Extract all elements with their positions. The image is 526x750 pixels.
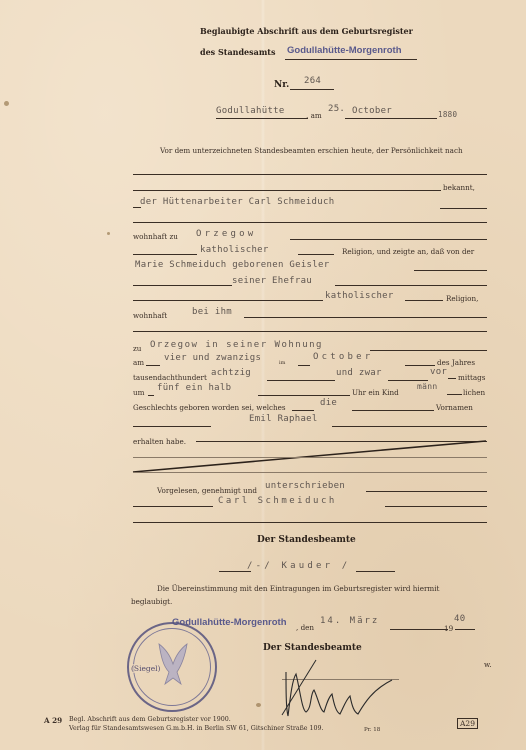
form-box-code: A29	[457, 718, 478, 729]
pr-code: Pr. 18	[364, 727, 380, 733]
signed-word: unterschrieben	[265, 481, 345, 491]
mother-residence: bei ihm	[192, 307, 232, 317]
mother-residence-label: wohnhaft	[133, 311, 167, 320]
child-gender: männ	[417, 382, 437, 391]
relation-text: seiner Ehefrau	[232, 276, 312, 286]
registry-office-stamp: Godullahütte-Morgenroth	[287, 45, 402, 56]
residence-label: wohnhaft zu	[133, 232, 178, 241]
eagle-icon	[151, 638, 195, 688]
given-names: Emil Raphael	[249, 414, 318, 424]
year-suffix: 40	[454, 614, 465, 624]
mother-religion-label: Religion,	[446, 294, 478, 303]
year-label: des Jahres	[437, 358, 475, 367]
form-code: A 29	[44, 716, 62, 725]
read-approved-text: Vorgelesen, genehmigt und	[157, 486, 257, 495]
vor-mittag: vor	[430, 367, 447, 377]
registration-year: 1880	[438, 110, 457, 119]
thousand-label: tausendachthundert	[133, 373, 207, 382]
article: die	[320, 398, 337, 408]
birth-month: October	[313, 352, 373, 362]
gender-text: Geschlechts geboren worden sei, welches	[133, 403, 286, 412]
intro-text: Vor dem unterzeichneten Standesbeamten e…	[160, 146, 463, 155]
birth-time: fünf ein halb	[157, 383, 231, 393]
um-label: um	[133, 388, 144, 397]
und-zwar: und zwar	[336, 368, 382, 378]
mother-name: Marie Schmeiduch geborenen Geisler	[135, 260, 329, 270]
den-label: , den	[296, 623, 314, 632]
w-mark: w.	[484, 660, 492, 669]
certification-text-2: beglaubigt.	[131, 597, 172, 606]
footer-line-2: Verlag für Standesamtswesen G.m.b.H. in …	[69, 725, 324, 732]
registration-month: October	[352, 106, 392, 116]
registration-place: Godullahütte	[216, 106, 285, 116]
number-label: Nr.	[274, 80, 289, 90]
birth-year-words: achtzig	[211, 368, 251, 378]
mother-religion: katholischer	[325, 291, 394, 301]
seal-label: (Siegel)	[131, 664, 160, 673]
im-label: im	[279, 360, 285, 366]
registry-office-label: des Standesamts	[200, 47, 275, 57]
birth-place-label: zu	[133, 344, 141, 353]
certification-text: Die Übereinstimmung mit den Eintragungen…	[157, 584, 439, 593]
declarant-signature: Carl Schmeiduch	[218, 496, 337, 506]
year-prefix: 19	[444, 624, 453, 633]
birth-day: vier und zwanzigs	[164, 353, 261, 363]
uhr-text: Uhr ein Kind	[352, 388, 399, 397]
register-number: 264	[304, 76, 321, 86]
am-label: , am	[306, 111, 322, 120]
mittags-label: mittags	[458, 373, 485, 382]
religion-text: Religion, und zeigte an, daß von der	[342, 247, 474, 256]
registration-day: 25.	[328, 104, 345, 114]
footer-line-1: Begl. Abschrift aus dem Geburtsregister …	[69, 716, 231, 723]
strike-through-line	[130, 436, 490, 476]
officer-title: Der Standesbeamte	[257, 535, 356, 545]
declarant-religion: katholischer	[200, 245, 269, 255]
declarant-name: der Hüttenarbeiter Carl Schmeiduch	[140, 197, 334, 207]
lichen-suffix: lichen	[463, 388, 485, 397]
officer-signature	[276, 650, 406, 720]
officer-name: /-/ Kauder /	[247, 561, 350, 571]
am-label-2: am	[133, 358, 144, 367]
document-heading: Beglaubigte Abschrift aus dem Geburtsreg…	[200, 26, 413, 36]
certification-date: 14. März	[320, 616, 379, 626]
birth-place: Orzegow in seiner Wohnung	[150, 340, 323, 350]
known-suffix: bekannt,	[443, 183, 475, 192]
vornamen-label: Vornamen	[436, 403, 473, 412]
declarant-residence: Orzegow	[196, 229, 256, 239]
official-seal: (Siegel)	[127, 622, 217, 712]
